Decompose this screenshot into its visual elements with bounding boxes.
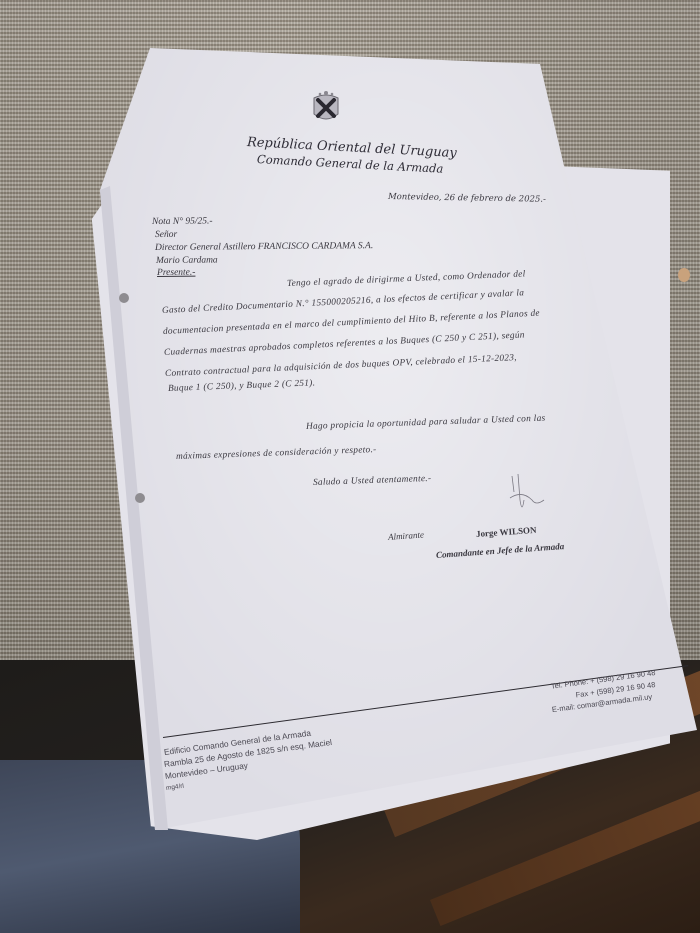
handwritten-signature: [500, 470, 560, 520]
salutation: Señor: [155, 230, 177, 240]
navy-crest-icon: [306, 88, 346, 128]
crumb: [678, 268, 690, 282]
presente-label: Presente.-: [157, 268, 196, 278]
punch-hole-top: [119, 293, 129, 303]
addressee-position: Director General Astillero FRANCISCO CAR…: [155, 241, 373, 253]
punch-hole-bottom: [135, 493, 145, 503]
note-number: Nota N° 95/25.-: [152, 216, 213, 227]
addressee-name: Mario Cardama: [156, 255, 218, 266]
